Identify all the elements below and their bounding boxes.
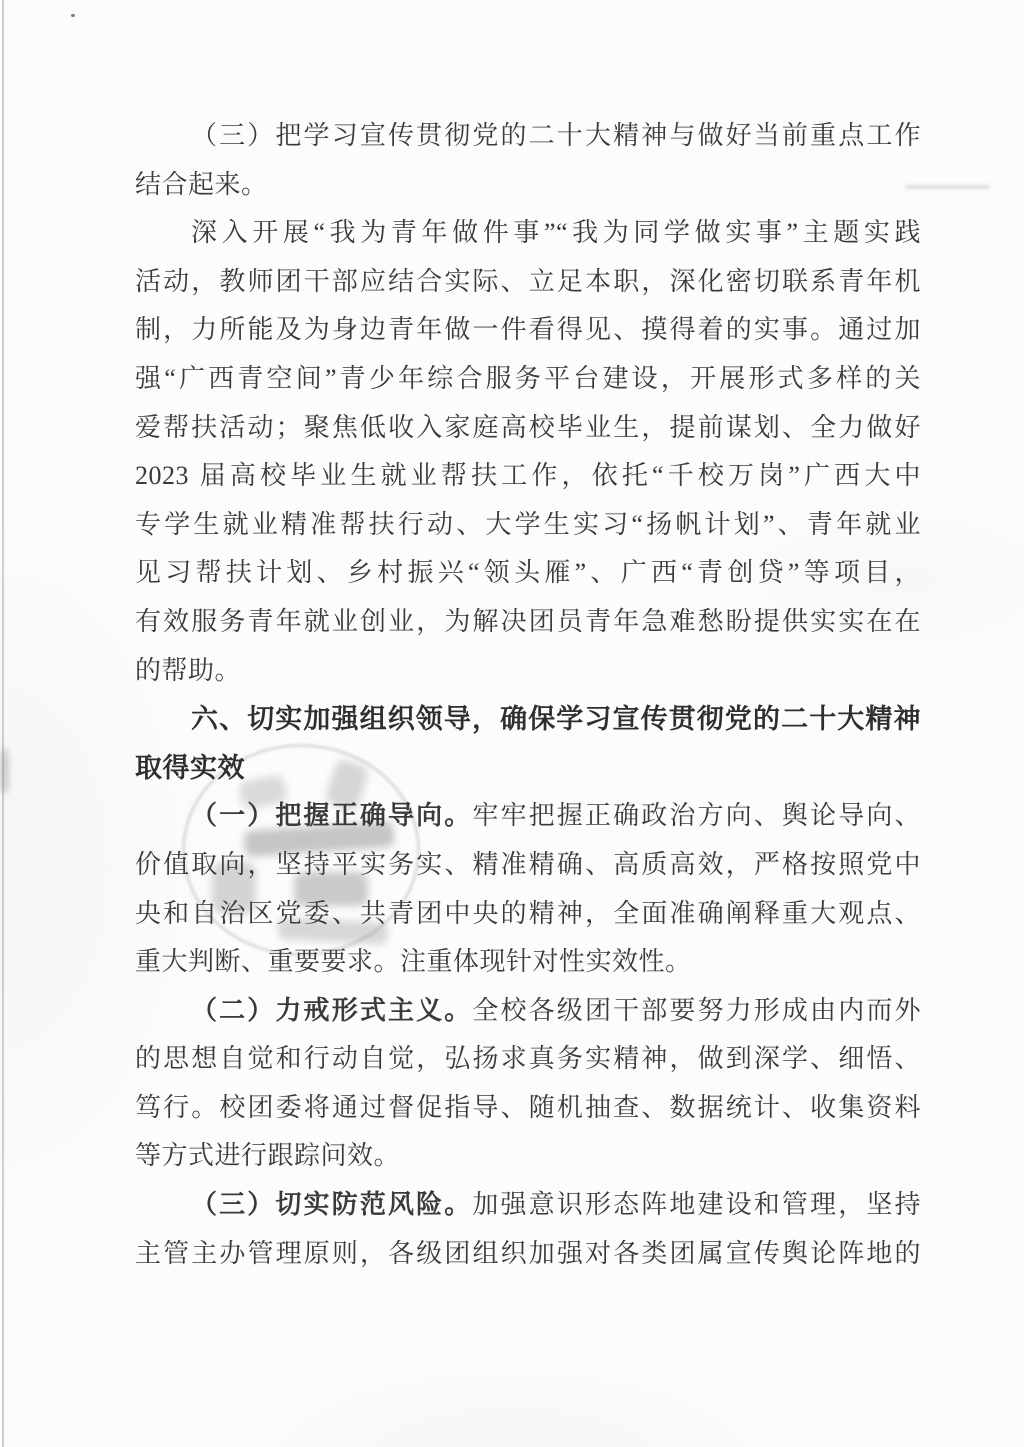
text-run: 全校各级团干部要努力形成由内而外 [472,996,921,1025]
text-line: 价值取向，坚持平实务实、精准精确、高质高效，严格按照党中 [135,841,921,890]
text-line: 制，力所能及为身边青年做一件看得见、摸得着的实事。通过加 [135,306,921,355]
text-line: （一）把握正确导向。牢牢把握正确政治方向、舆论导向、 [135,792,921,841]
text-line: 主管主办管理原则，各级团组织加强对各类团属宣传舆论阵地的 [135,1230,921,1279]
text-line: （三）把学习宣传贯彻党的二十大精神与做好当前重点工作 [135,112,921,161]
text-line: 有效服务青年就业创业，为解决团员青年急难愁盼提供实实在在 [135,598,921,647]
document-body: （三）把学习宣传贯彻党的二十大精神与做好当前重点工作 结合起来。 深入开展“我为… [135,112,921,1278]
text-line: 专学生就业精准帮扶行动、大学生实习“扬帆计划”、青年就业 [135,501,921,550]
text-line: 活动，教师团干部应结合实际、立足本职，深化密切联系青年机 [135,258,921,307]
text-line: 央和自治区党委、共青团中央的精神，全面准确阐释重大观点、 [135,890,921,939]
text-line: 结合起来。 [135,161,921,210]
scan-edge [2,0,4,1447]
section-heading: 取得实效 [135,744,921,793]
text-line: 深入开展“我为青年做件事”“我为同学做实事”主题实践 [135,209,921,258]
text-line: 的思想自觉和行动自觉，弘扬求真务实精神，做到深学、细悟、 [135,1035,921,1084]
scan-speck [71,14,75,17]
text-line: 强“广西青空间”青少年综合服务平台建设，开展形式多样的关 [135,355,921,404]
text-line: 的帮助。 [135,647,921,696]
text-line: 笃行。校团委将通过督促指导、随机抽查、数据统计、收集资料 [135,1084,921,1133]
subsection-lead: （一）把握正确导向。 [191,801,472,830]
subsection-lead: （二）力戒形式主义。 [191,996,472,1025]
text-line: 重大判断、重要要求。注重体现针对性实效性。 [135,938,921,987]
text-line: 等方式进行跟踪问效。 [135,1132,921,1181]
text-line: （二）力戒形式主义。全校各级团干部要努力形成由内而外 [135,987,921,1036]
text-line: 爱帮扶活动；聚焦低收入家庭高校毕业生，提前谋划、全力做好 [135,404,921,453]
text-line: 2023 届高校毕业生就业帮扶工作，依托“千校万岗”广西大中 [135,452,921,501]
text-run: 牢牢把握正确政治方向、舆论导向、 [472,801,921,830]
text-line: 见习帮扶计划、乡村振兴“领头雁”、广西“青创贷”等项目， [135,549,921,598]
scan-smudge [0,748,9,794]
section-heading: 六、切实加强组织领导，确保学习宣传贯彻党的二十大精神 [135,695,921,744]
subsection-lead: （三）切实防范风险。 [191,1190,472,1219]
text-line: （三）切实防范风险。加强意识形态阵地建设和管理，坚持 [135,1181,921,1230]
document-page: （三）把学习宣传贯彻党的二十大精神与做好当前重点工作 结合起来。 深入开展“我为… [0,0,1024,1447]
text-run: 加强意识形态阵地建设和管理，坚持 [472,1190,921,1219]
